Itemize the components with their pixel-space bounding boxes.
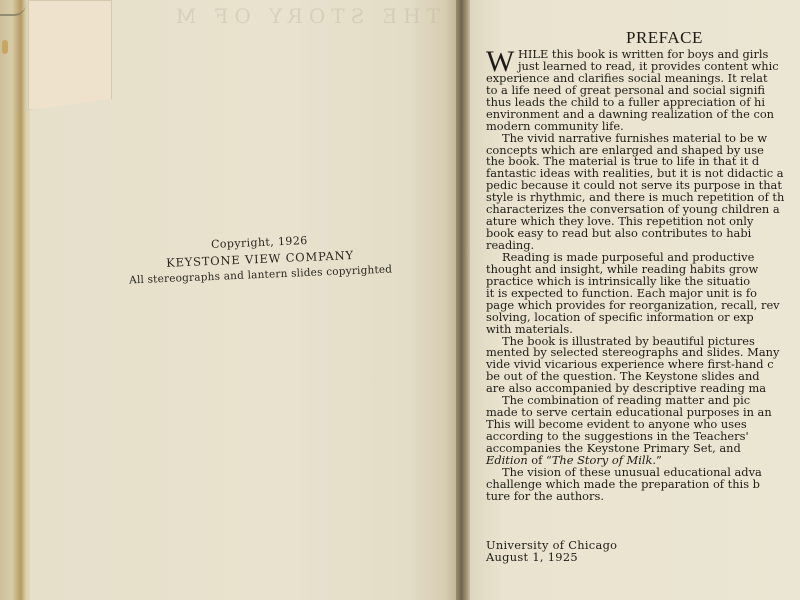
page-title: PREFACE xyxy=(626,28,703,48)
text-line: ture for the authors. xyxy=(486,491,800,503)
bleed-through-text: THE STORY OF M xyxy=(200,4,440,28)
preface-body: HILE this book is written for boys and g… xyxy=(486,49,800,503)
tissue-insert xyxy=(28,0,112,110)
pencil-mark xyxy=(0,0,26,16)
book-edge xyxy=(0,0,30,600)
signoff: University of Chicago August 1, 1925 xyxy=(486,539,617,563)
signoff-date: August 1, 1925 xyxy=(486,551,617,563)
book-spread: THE STORY OF M Copyright, 1926 KEYSTONE … xyxy=(0,0,800,600)
stain xyxy=(2,40,8,54)
